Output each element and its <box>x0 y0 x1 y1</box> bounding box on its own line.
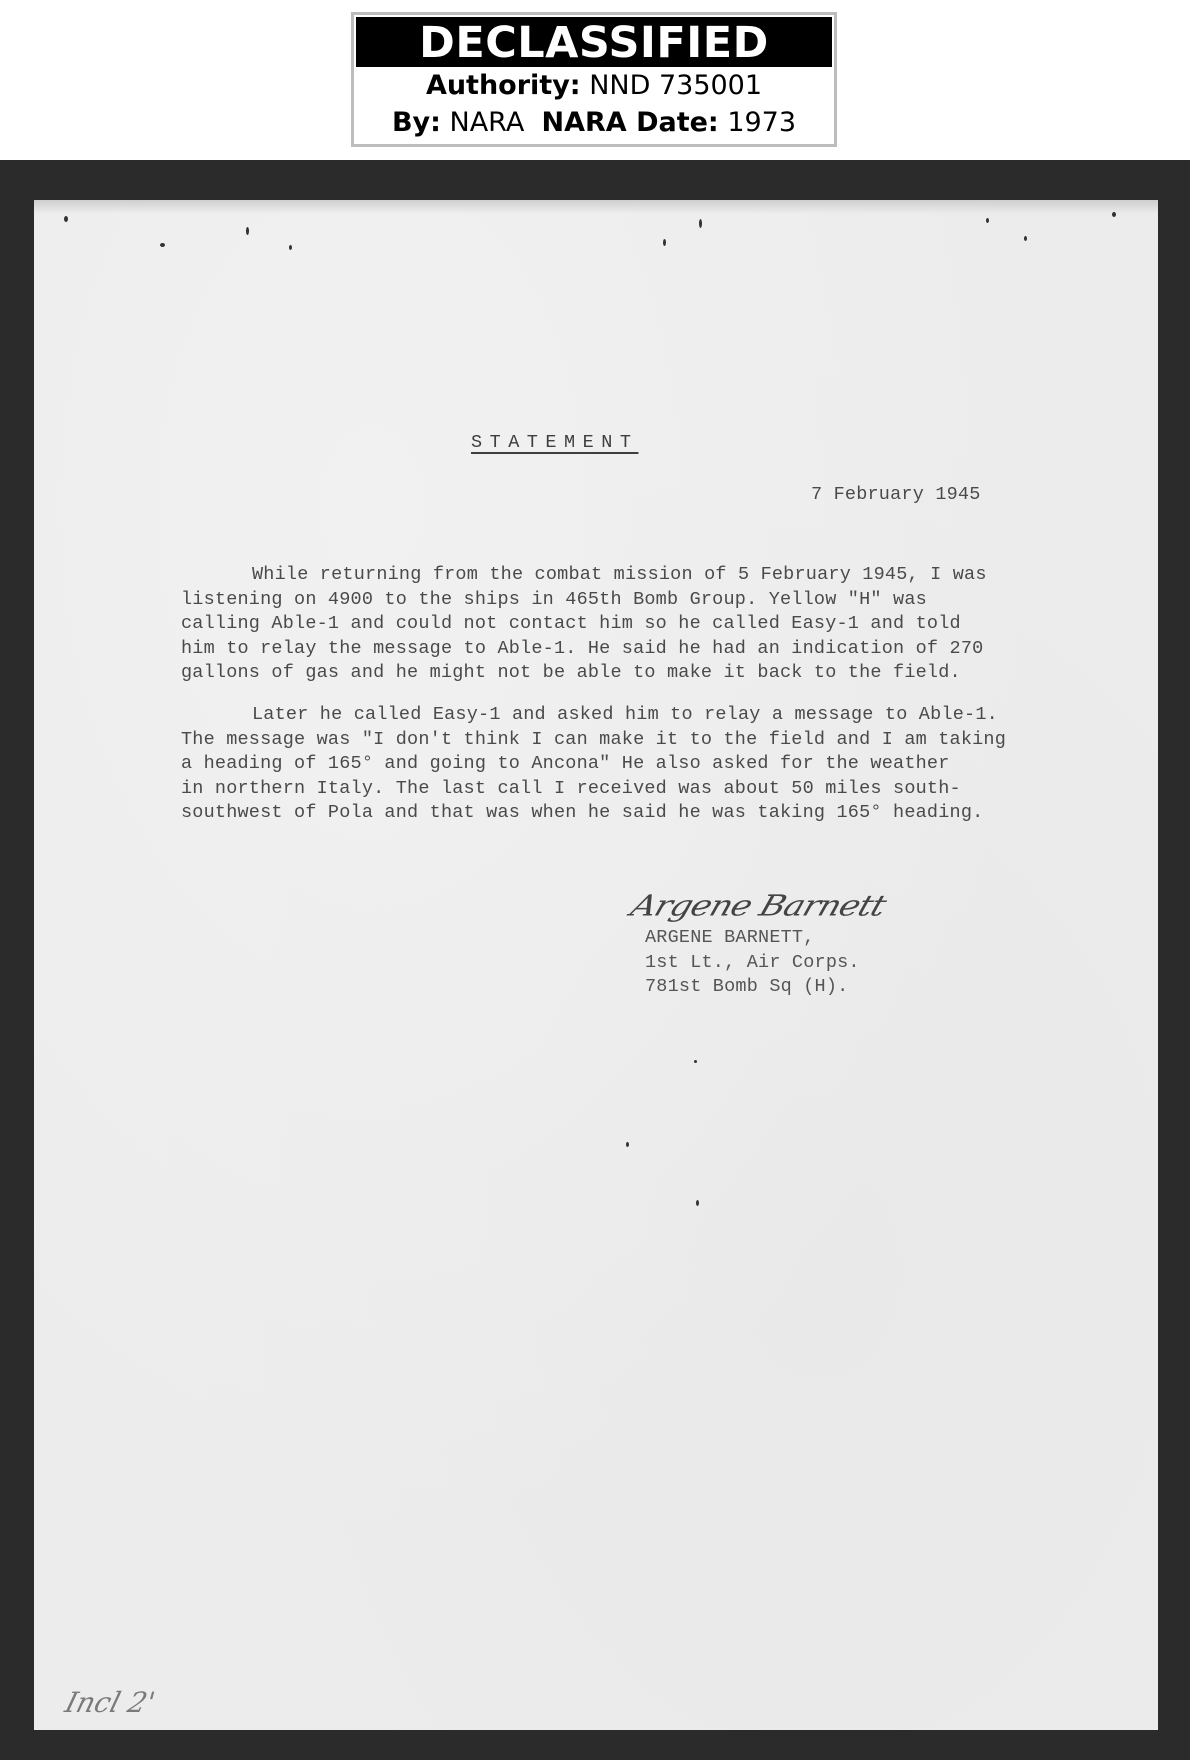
declassified-stamp: DECLASSIFIED Authority: NND 735001 By: N… <box>351 12 837 147</box>
stamp-date-label: NARA Date: <box>542 107 719 138</box>
stamp-by-value: NARA <box>450 107 525 138</box>
dust-speck <box>1024 236 1027 241</box>
stamp-by-line: By: NARA NARA Date: 1973 <box>354 107 834 138</box>
stamp-date-value: 1973 <box>727 107 796 138</box>
paragraph-1: While returning from the combat mission … <box>181 563 987 686</box>
dust-speck <box>289 245 292 250</box>
stamp-by-label: By: <box>392 107 441 138</box>
handwritten-enclosure-note: Incl 2' <box>62 1686 159 1719</box>
dust-speck <box>694 1060 697 1063</box>
paragraph-line: listening on 4900 to the ships in 465th … <box>181 588 987 613</box>
paragraph-line: southwest of Pola and that was when he s… <box>181 801 1006 826</box>
stamp-authority-line: Authority: NND 735001 <box>354 70 834 101</box>
dust-speck <box>663 239 666 246</box>
signer-rank: 1st Lt., Air Corps. <box>645 951 860 976</box>
dust-speck <box>626 1142 629 1147</box>
paragraph-line: him to relay the message to Able-1. He s… <box>181 637 987 662</box>
signature-text: Argene Barnett <box>626 889 889 923</box>
paragraph-line: in northern Italy. The last call I recei… <box>181 777 1006 802</box>
dust-speck <box>160 243 165 247</box>
dust-speck <box>696 1200 699 1206</box>
signer-unit: 781st Bomb Sq (H). <box>645 975 860 1000</box>
paragraph-line: a heading of 165° and going to Ancona" H… <box>181 752 1006 777</box>
document-title: STATEMENT <box>471 432 638 453</box>
paragraph-line: gallons of gas and he might not be able … <box>181 661 987 686</box>
dust-speck <box>1112 212 1116 217</box>
stamp-authority-label: Authority: <box>426 70 581 101</box>
paragraph-line: The message was "I don't think I can mak… <box>181 728 1006 753</box>
stamp-authority-value: NND 735001 <box>589 70 762 101</box>
signature-block: ARGENE BARNETT, 1st Lt., Air Corps. 781s… <box>645 926 860 1000</box>
paragraph-line: Later he called Easy-1 and asked him to … <box>181 703 1006 728</box>
paragraph-line: While returning from the combat mission … <box>181 563 987 588</box>
dust-speck <box>64 216 68 222</box>
dust-speck <box>986 218 989 223</box>
paragraph-line: calling Able-1 and could not contact him… <box>181 612 987 637</box>
paragraph-2: Later he called Easy-1 and asked him to … <box>181 703 1006 826</box>
dust-speck <box>699 219 702 228</box>
stamp-heading: DECLASSIFIED <box>356 17 832 67</box>
document-date: 7 February 1945 <box>811 484 981 505</box>
handwritten-signature: Argene Barnett <box>632 884 932 930</box>
dust-speck <box>246 227 249 235</box>
signer-name: ARGENE BARNETT, <box>645 926 860 951</box>
document-page <box>34 200 1158 1730</box>
